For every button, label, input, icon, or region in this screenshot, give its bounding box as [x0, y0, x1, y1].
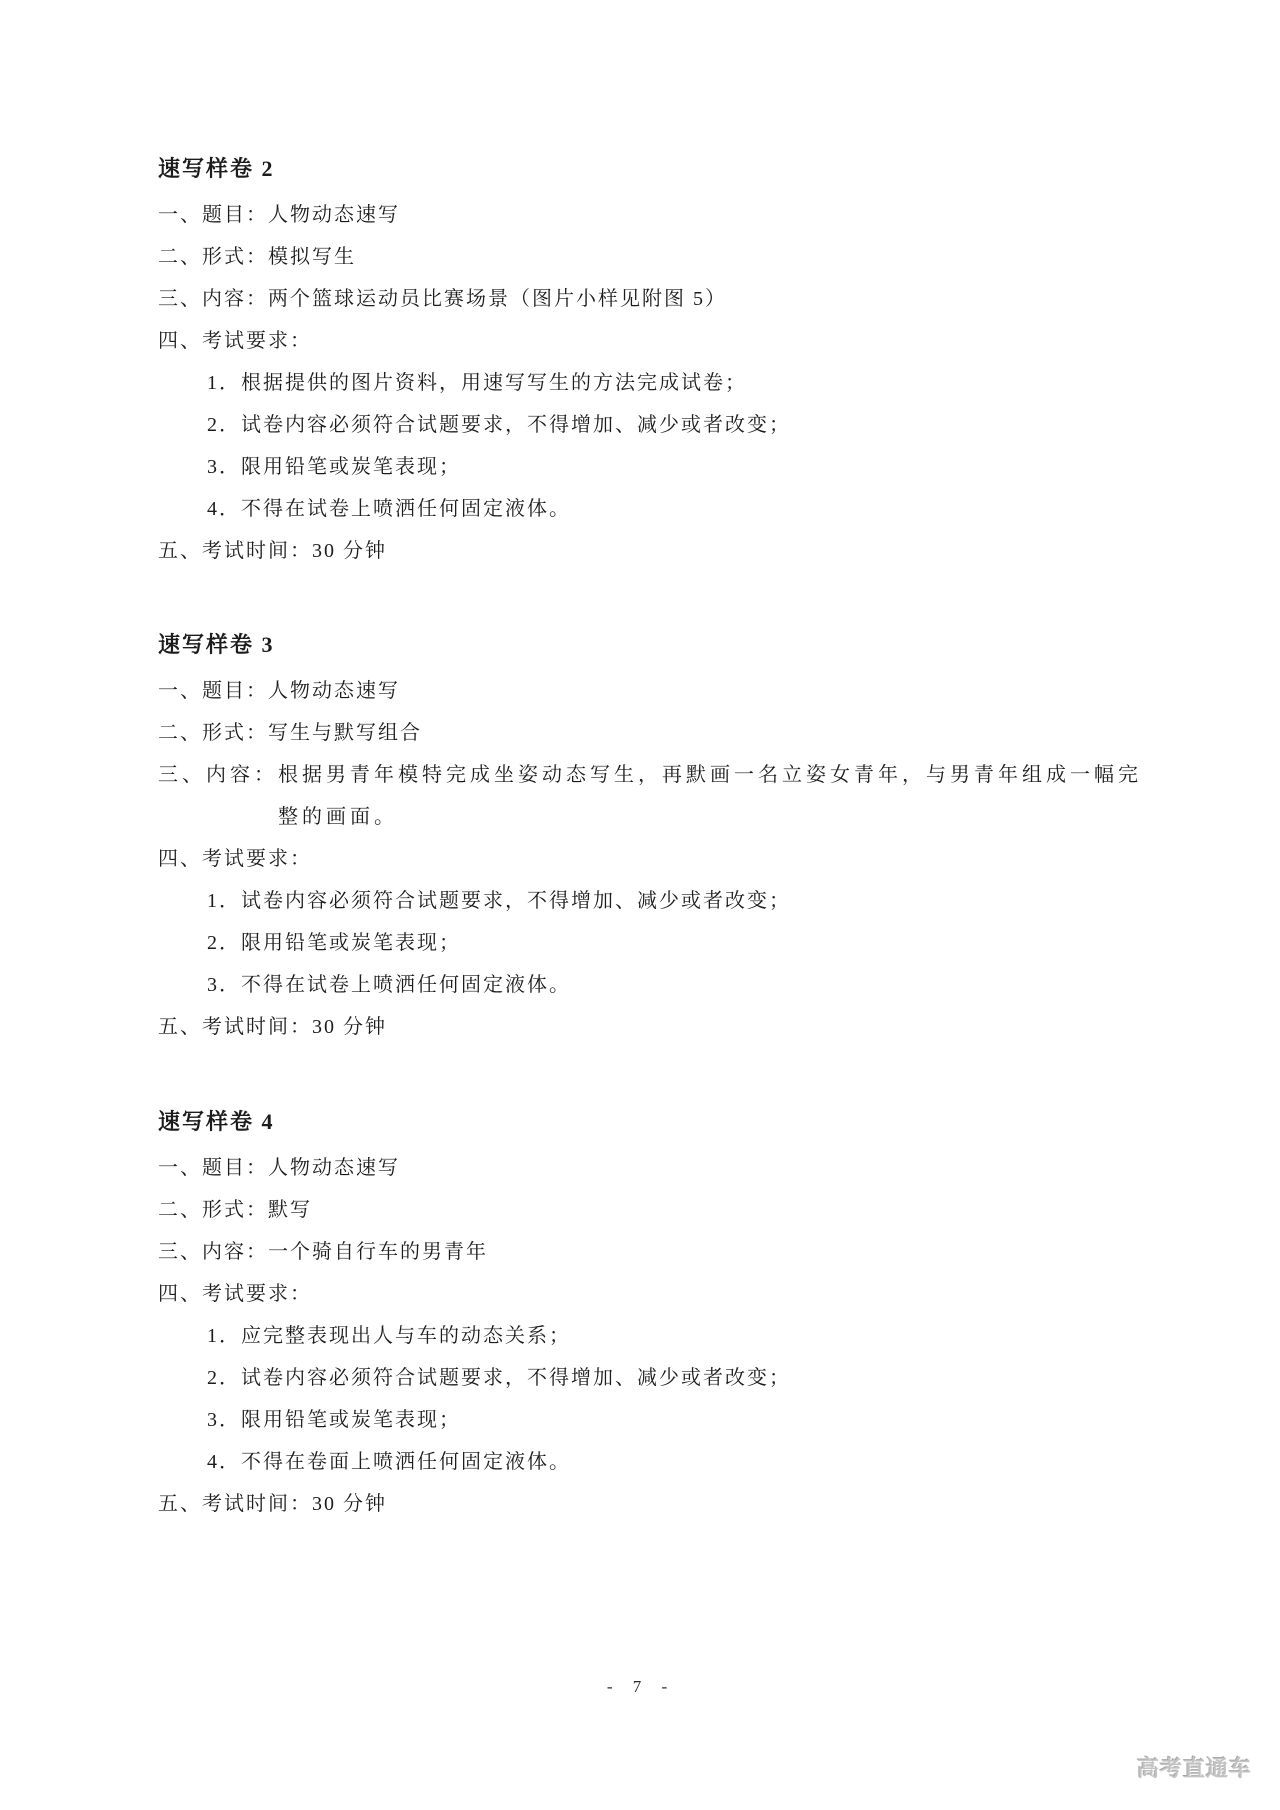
watermark: 高考直通车 — [1137, 1754, 1252, 1784]
list-item: 一、题目：人物动态速写 — [158, 194, 1158, 236]
list-item: 三、内容：两个篮球运动员比赛场景（图片小样见附图 5） — [158, 278, 1158, 320]
list-item: 五、考试时间：30 分钟 — [158, 1483, 1158, 1525]
list-item: 五、考试时间：30 分钟 — [158, 1006, 1158, 1048]
content-text: 根据男青年模特完成坐姿动态写生，再默画一名立姿女青年，与男青年组成一幅完整的画面… — [278, 754, 1154, 838]
sub-list-item: 3．不得在试卷上喷洒任何固定液体。 — [158, 964, 1158, 1006]
list-item: 五、考试时间：30 分钟 — [158, 530, 1158, 572]
content-label: 三、内容： — [158, 754, 278, 796]
sub-list-item: 3．限用铅笔或炭笔表现； — [158, 446, 1158, 488]
sub-list-item: 2．试卷内容必须符合试题要求，不得增加、减少或者改变； — [158, 1357, 1158, 1399]
sub-list-item: 4．不得在试卷上喷洒任何固定液体。 — [158, 488, 1158, 530]
list-item: 四、考试要求： — [158, 1273, 1158, 1315]
list-item: 一、题目：人物动态速写 — [158, 670, 1158, 712]
content-paragraph: 三、内容： 根据男青年模特完成坐姿动态写生，再默画一名立姿女青年，与男青年组成一… — [158, 754, 1158, 838]
section-heading: 速写样卷 2 — [158, 151, 1158, 194]
list-item: 二、形式：默写 — [158, 1189, 1158, 1231]
sub-list-item: 1．根据提供的图片资料，用速写写生的方法完成试卷； — [158, 362, 1158, 404]
sub-list-item: 2．限用铅笔或炭笔表现； — [158, 922, 1158, 964]
list-item: 二、形式：写生与默写组合 — [158, 712, 1158, 754]
sub-list-item: 3．限用铅笔或炭笔表现； — [158, 1399, 1158, 1441]
list-item: 四、考试要求： — [158, 838, 1158, 880]
section-sketch-sample-3: 速写样卷 3 一、题目：人物动态速写 二、形式：写生与默写组合 三、内容： 根据… — [158, 627, 1158, 1048]
section-heading: 速写样卷 4 — [158, 1104, 1158, 1147]
section-sketch-sample-2: 速写样卷 2 一、题目：人物动态速写 二、形式：模拟写生 三、内容：两个篮球运动… — [158, 151, 1158, 572]
list-item: 三、内容：一个骑自行车的男青年 — [158, 1231, 1158, 1273]
sub-list-item: 1．应完整表现出人与车的动态关系； — [158, 1315, 1158, 1357]
section-sketch-sample-4: 速写样卷 4 一、题目：人物动态速写 二、形式：默写 三、内容：一个骑自行车的男… — [158, 1104, 1158, 1525]
sub-list-item: 1．试卷内容必须符合试题要求，不得增加、减少或者改变； — [158, 880, 1158, 922]
list-item: 二、形式：模拟写生 — [158, 236, 1158, 278]
list-item: 四、考试要求： — [158, 320, 1158, 362]
page-number: - 7 - — [0, 1672, 1280, 1702]
list-item: 一、题目：人物动态速写 — [158, 1147, 1158, 1189]
document-page: 速写样卷 2 一、题目：人物动态速写 二、形式：模拟写生 三、内容：两个篮球运动… — [0, 0, 1280, 1810]
sub-list-item: 2．试卷内容必须符合试题要求，不得增加、减少或者改变； — [158, 404, 1158, 446]
section-heading: 速写样卷 3 — [158, 627, 1158, 670]
sub-list-item: 4．不得在卷面上喷洒任何固定液体。 — [158, 1441, 1158, 1483]
